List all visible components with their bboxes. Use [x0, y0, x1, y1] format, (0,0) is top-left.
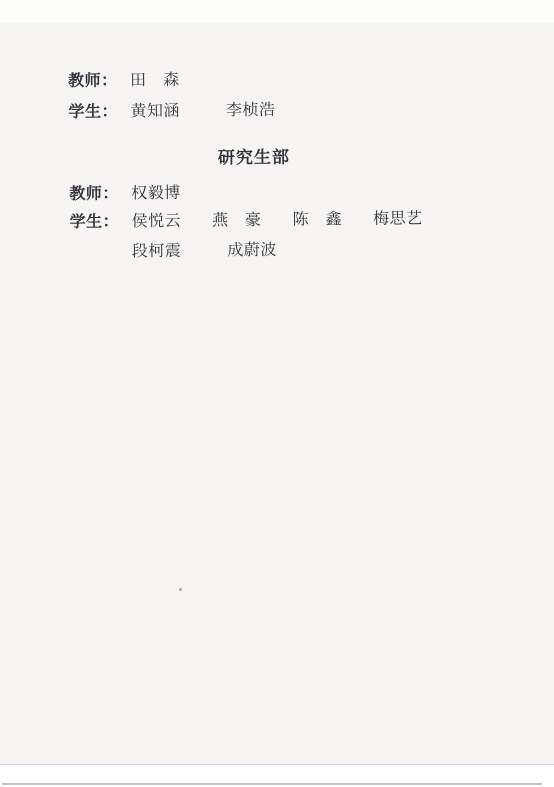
teacher-names: 权毅博: [131, 185, 181, 204]
student-name: 梅思艺: [373, 210, 423, 229]
teacher-name: 田 森: [130, 72, 180, 91]
teacher-label: 教师：: [69, 185, 131, 204]
student-row: 学生： 侯悦云 燕 豪 陈 鑫 梅思艺: [69, 209, 535, 232]
student-names: 侯悦云 燕 豪 陈 鑫 梅思艺: [131, 210, 422, 231]
student-name: 成蔚波: [227, 242, 277, 261]
page-bottom-edge-line: [0, 764, 554, 765]
document-content: 教师： 田 森 学生： 黄知涵 李桢浩 研究生部 教师： 权毅博 学生：: [68, 68, 536, 262]
student-name: 李桢浩: [226, 102, 276, 121]
scan-bottom-divider: [2, 783, 542, 785]
student-name: 段柯震: [132, 243, 182, 262]
student-names: 黄知涵 李桢浩: [130, 102, 275, 122]
student-row: 学生： 黄知涵 李桢浩: [68, 99, 534, 122]
teacher-name: 权毅博: [131, 185, 181, 204]
student-name: 燕 豪: [212, 212, 262, 231]
teacher-names: 田 森: [130, 72, 180, 91]
section-heading: 研究生部: [21, 146, 487, 170]
empty-label: [70, 256, 132, 257]
student-name: 陈 鑫: [292, 211, 342, 230]
page-top-edge: [0, 0, 554, 22]
teacher-label: 教师：: [68, 72, 130, 91]
student-name: 侯悦云: [131, 213, 181, 232]
scanned-document-page: 教师： 田 森 学生： 黄知涵 李桢浩 研究生部 教师： 权毅博 学生：: [0, 0, 554, 787]
teacher-row: 教师： 田 森: [68, 68, 534, 91]
student-row-continuation: 段柯震 成蔚波: [70, 239, 536, 262]
teacher-row: 教师： 权毅博: [69, 181, 535, 204]
student-name: 黄知涵: [130, 103, 180, 122]
scan-artifact-speck: [179, 588, 182, 591]
student-label: 学生：: [68, 103, 130, 122]
student-label: 学生：: [69, 213, 131, 232]
student-names: 段柯震 成蔚波: [132, 242, 277, 262]
